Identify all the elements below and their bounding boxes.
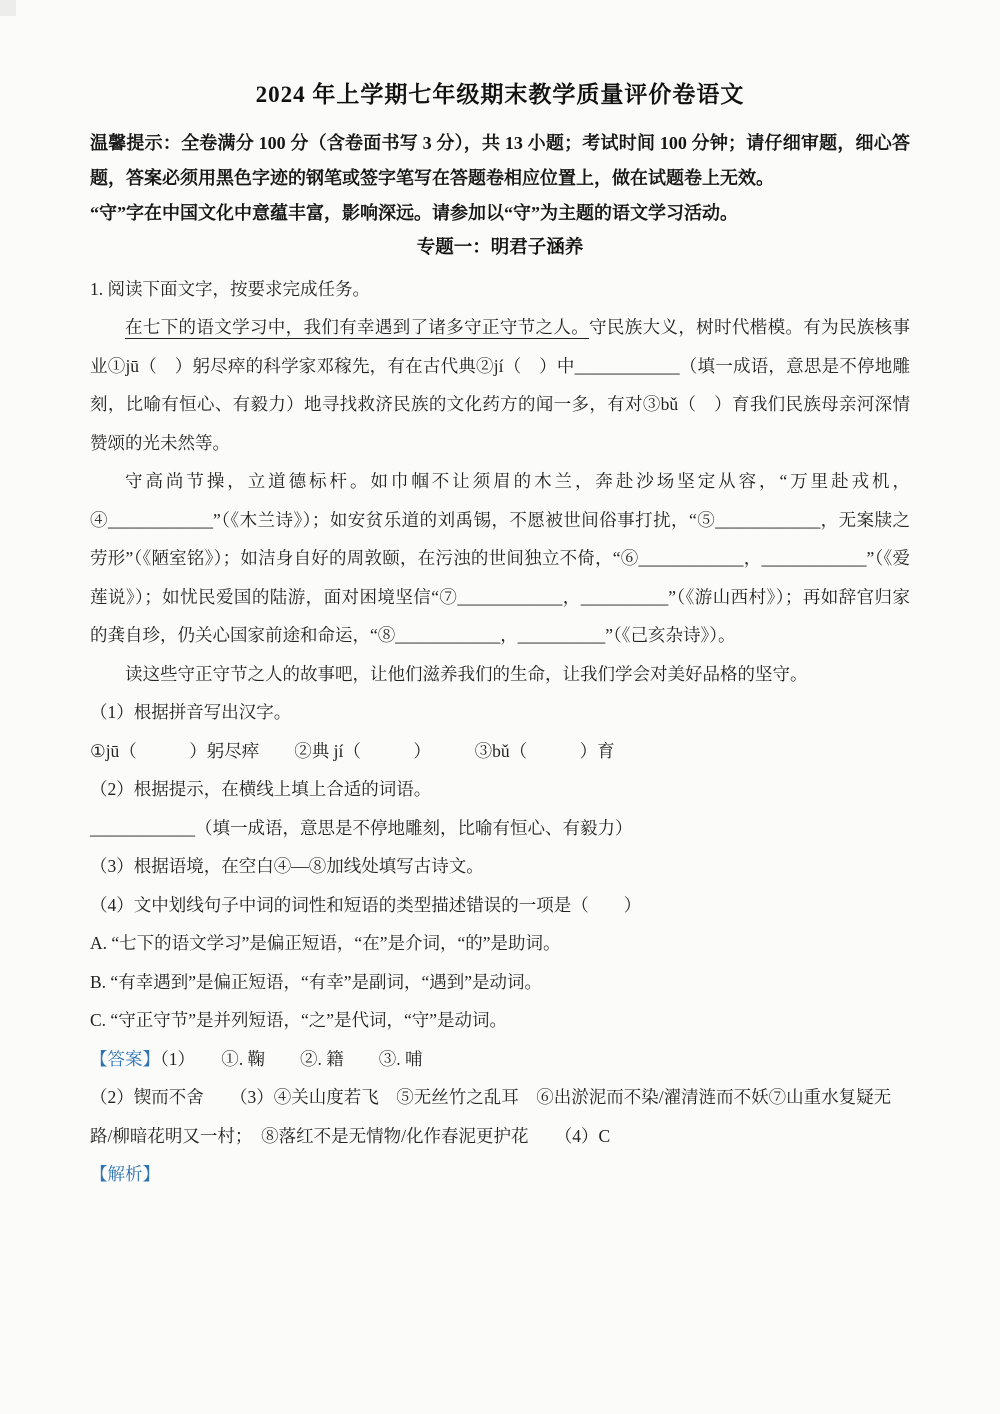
answer-line-1-content: （1） ①. 鞠 ②. 籍 ③. 哺 bbox=[160, 1049, 423, 1069]
sub-question-2-stem: （2）根据提示，在横线上填上合适的词语。 bbox=[90, 770, 910, 809]
passage-paragraph-3: 读这些守正守节之人的故事吧，让他们滋养我们的生命，让我们学会对美好品格的坚守。 bbox=[90, 655, 910, 694]
analysis-label: 【解析】 bbox=[90, 1164, 160, 1184]
passage-paragraph-1: 在七下的语文学习中，我们有幸遇到了诸多守正守节之人。守民族大义，树时代楷模。有为… bbox=[90, 308, 910, 462]
scan-artifact bbox=[0, 0, 16, 16]
underlined-sentence: 在七下的语文学习中，我们有幸遇到了诸多守正守节之人。 bbox=[125, 317, 589, 337]
answer-label: 【答案】 bbox=[90, 1049, 160, 1069]
option-a: A. “七下的语文学习”是偏正短语，“在”是介词，“的”是助词。 bbox=[90, 924, 910, 963]
section-title: 专题一：明君子涵养 bbox=[90, 231, 910, 265]
passage-paragraph-2: 守高尚节操，立道德标杆。如巾帼不让须眉的木兰，奔赴沙场坚定从容，“万里赴戎机，④… bbox=[90, 462, 910, 655]
question-1-stem: 1. 阅读下面文字，按要求完成任务。 bbox=[90, 270, 910, 308]
sub-question-1-pinyin-line: ①jū（ ）躬尽瘁 ②典 jí（ ） ③bǔ（ ）育 bbox=[90, 732, 910, 771]
sub-question-3-stem: （3）根据语境，在空白④—⑧加线处填写古诗文。 bbox=[90, 847, 910, 886]
passage-paragraph-1-rest: 守民族大义，树时代楷模。有为民族核事业①jū（ ）躬尽瘁的科学家邓稼先，有在古代… bbox=[90, 317, 910, 453]
sub-question-2-blank-line: ____________（填一成语，意思是不停地雕刻，比喻有恒心、有毅力） bbox=[90, 809, 910, 848]
answer-line-2: （2）锲而不舍 （3）④关山度若飞 ⑤无丝竹之乱耳 ⑥出淤泥而不染/濯清涟而不妖… bbox=[90, 1078, 910, 1155]
analysis-section: 【解析】 bbox=[90, 1155, 910, 1194]
activity-intro: “守”字在中国文化中意蕴丰富，影响深远。请参加以“守”为主题的语文学习活动。 bbox=[90, 196, 910, 231]
option-c: C. “守正守节”是并列短语，“之”是代词，“守”是动词。 bbox=[90, 1001, 910, 1040]
sub-question-4-stem: （4）文中划线句子中词的词性和短语的类型描述错误的一项是（ ） bbox=[90, 886, 910, 925]
answer-line-1: 【答案】（1） ①. 鞠 ②. 籍 ③. 哺 bbox=[90, 1040, 910, 1079]
page-title: 2024 年上学期七年级期末教学质量评价卷语文 bbox=[90, 80, 910, 110]
option-b: B. “有幸遇到”是偏正短语，“有幸”是副词，“遇到”是动词。 bbox=[90, 963, 910, 1002]
sub-question-1-stem: （1）根据拼音写出汉字。 bbox=[90, 693, 910, 732]
exam-notice: 温馨提示：全卷满分 100 分（含卷面书写 3 分），共 13 小题；考试时间 … bbox=[90, 126, 910, 196]
exam-document-page: 2024 年上学期七年级期末教学质量评价卷语文 温馨提示：全卷满分 100 分（… bbox=[0, 0, 1000, 1194]
